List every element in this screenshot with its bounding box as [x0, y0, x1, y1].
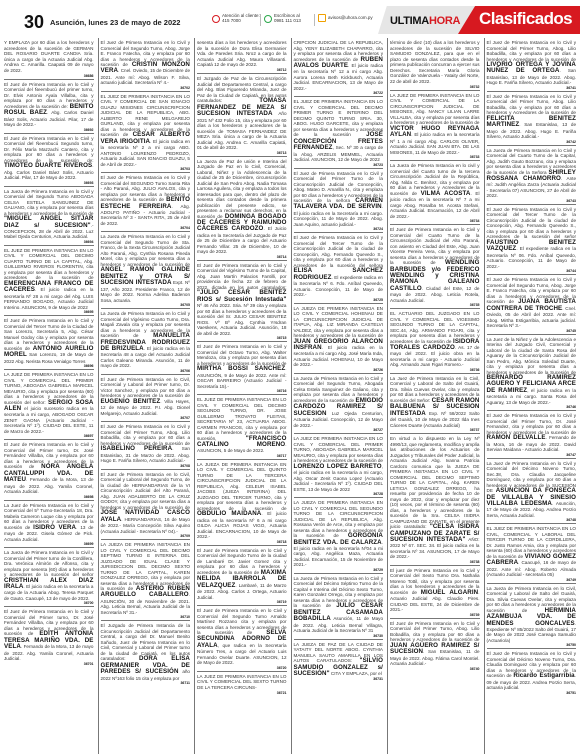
notice-text: sesenta días a los herederos y acreedore…: [197, 40, 287, 67]
notice-code: 36748: [487, 518, 577, 522]
deceased-name: OBDULIO MAIDANA: [197, 510, 261, 517]
legal-notice: La Juez de Primera Instancia en lo Civil…: [390, 373, 480, 433]
divider: [314, 14, 315, 26]
notice-code: 36713: [197, 151, 287, 155]
legal-notice: El Juez de Primera Instancia en lo Civil…: [487, 38, 577, 91]
legal-notice: La Juez de Primera Instancia en lo Civil…: [487, 458, 577, 524]
notice-code: 36742: [487, 140, 577, 144]
page-number: 30: [24, 12, 44, 33]
legal-notice: El Juez de Primera Instancia en lo Civil…: [487, 274, 577, 333]
customer-service-contact: Atención al cliente: 415 7000: [212, 14, 260, 23]
notice-code: 36710: [101, 615, 191, 619]
notice-code: 36749: [487, 578, 577, 582]
legal-notice: El Juez de Primera Instancia en lo Civil…: [294, 232, 384, 302]
page-header: 30 Asunción, lunes 23 de mayo de 2022 At…: [0, 0, 580, 34]
notice-text: término de diez (10) días a los heredero…: [390, 40, 480, 84]
notice-code: 36716: [197, 389, 287, 393]
legal-notice: El Juez de Primera Instancia en lo Civil…: [101, 172, 191, 231]
notice-code: 36699: [4, 542, 94, 546]
section-banner: Clasificados: [458, 6, 580, 34]
notice-code: 36743: [487, 199, 577, 203]
notice-code: 36727: [294, 428, 384, 432]
column-2: El Juez de Primera Instancia en lo Civil…: [98, 38, 193, 754]
legal-notice: La Juez de la Niñez y de la Adolescencia…: [487, 334, 577, 411]
notice-code: 36721: [197, 691, 287, 695]
email-contact: avisos@uhora.com.py: [318, 14, 373, 22]
notice-code: 36702: [101, 86, 191, 90]
legal-notice: El Juez de Primera Instancia en lo Civil…: [197, 341, 287, 394]
legal-notice: El Juez de Primera Instancia en lo Civil…: [4, 315, 94, 369]
notice-code: 36718: [197, 540, 287, 544]
legal-notice: LA JUEZA DE PRIMERA INSTANCIA EN LO CIVI…: [101, 539, 191, 620]
notice-code: 36732: [390, 85, 480, 89]
notice-text: La Jueza de Primera Instancia en lo Civi…: [101, 234, 191, 267]
notice-code: 36740: [390, 667, 480, 671]
divider: [260, 14, 261, 26]
legal-notice: La Jueza de Primera Instancia en lo Civi…: [4, 186, 94, 245]
notice-text: CITA Y EMPLAZA, por el: [330, 671, 382, 676]
notice-code: 36744: [487, 269, 577, 273]
notice-code: 36696: [4, 364, 94, 368]
legal-notice: EL JUEZ DE PRIMERA INSTANCIA EN LO CIVIL…: [101, 91, 191, 172]
legal-notice: El Juez de Primera Instancia en lo Civil…: [197, 260, 287, 341]
notice-code: 36714: [197, 255, 287, 259]
legal-notice: La Jueza de Primera Instancia en lo Civi…: [487, 583, 577, 649]
legal-notice: El juez de Primera Instancia en lo Civil…: [390, 565, 480, 618]
notice-code: 36709: [101, 534, 191, 538]
legal-notice: El Juez de Primera Instancia en lo Civil…: [487, 91, 577, 145]
legal-notice: El Juez de Primera Instancia en lo Civil…: [390, 224, 480, 308]
legal-notice: LA JUEZA DE PRIMERA INSTANCIA EN LO CIVI…: [294, 497, 384, 573]
legal-notice: CRIPCION JUDICIAL DE LA REPUBLICA, Abg. …: [294, 38, 384, 96]
notice-code: 36715: [197, 336, 287, 340]
deceased-name: "JULIO CESAR BENITEZ RIOS s/ Sucesión In…: [197, 289, 287, 302]
notice-code: 36745: [487, 329, 577, 333]
notice-text: El Juez de Primera Instancia en lo Civil…: [294, 235, 384, 268]
notice-text: Año 2021 Nº 432 Folio 15, cita y emplaza…: [197, 111, 287, 150]
notice-code: 36701: [4, 662, 94, 666]
whatsapp-icon: [264, 15, 272, 23]
legal-notice: La Jueza de Primera Instancia en lo Civi…: [294, 573, 384, 639]
legal-notice: En virtud a lo dispuesto en la Ley Nº 49…: [390, 433, 480, 565]
notice-text: El Juez de Primera Instancia en lo Civil…: [101, 377, 191, 399]
legal-notice: El Juez de Primera Instancia en lo Civil…: [101, 421, 191, 468]
notice-code: 36711: [101, 681, 191, 685]
legal-notice: EL JUEZ DE PRIMERA INSTANCIA EN LO CIVIL…: [487, 523, 577, 582]
notice-code: 36708: [101, 464, 191, 468]
notice-code: 36730: [294, 634, 384, 638]
whatsapp-contact: Escríbinos al 0981 111 013: [264, 14, 301, 23]
deceased-name: MIGUEL ALGARIN: [421, 589, 478, 596]
notice-code: 36735: [390, 303, 480, 307]
deceased-name: TIMOTEO DUARTE RIVEROS: [4, 162, 92, 169]
notice-text: LA JUEZ DE PRIMERA INSTANCIA EN LO CIVIL…: [294, 436, 384, 463]
notice-code: 36712: [197, 68, 287, 72]
legal-notice: El Juez de Primera Instancia en lo Civil…: [487, 410, 577, 457]
legal-notice: LA JUEZ DE PRIMERA INSTANCIA EN LO CIVIL…: [197, 671, 287, 696]
legal-notice: La Juez de Primera Instancia en lo Civil…: [4, 500, 94, 547]
notice-code: 36719: [197, 600, 287, 604]
notice-text: El Juez de Primera Instancia en lo Civil…: [487, 207, 577, 240]
notice-code: 36703: [101, 167, 191, 171]
deceased-name: MIRTHA BOSSI SANCHEZ: [197, 365, 285, 372]
mail-icon: [318, 14, 326, 22]
notice-code: 36686: [4, 74, 94, 78]
notice-text: El Juez de Primera Instancia en lo Civil…: [390, 621, 480, 643]
legal-notice: LA JUEZA DE PAZ DE LA CIUDAD DE YATAITY …: [294, 639, 384, 683]
notice-code: 36698: [4, 495, 94, 499]
legal-notice: LA JUEZA DE PRIMERA INSTANCIA EN LO CIVI…: [294, 303, 384, 373]
legal-notice: EL JUEZ DE PRIMERA INSTANCIA EN LO CIVIL…: [294, 96, 384, 167]
legal-notice: El Juez de Primera Instancia en lo Civil…: [197, 605, 287, 671]
legal-notice: La Jueza de Primera Instancia en lo Civi…: [101, 308, 191, 374]
notice-code: 36717: [197, 454, 287, 458]
notice-code: 36720: [197, 666, 287, 670]
notice-code: 36704: [101, 226, 191, 230]
notice-code: 36697: [4, 434, 94, 438]
legal-notice: El Juez de Primera Instancia en lo Civil…: [101, 38, 191, 91]
notice-text: EL JUEZ DE PRIMERA INSTANCIA EN LO CIVIL…: [4, 248, 94, 281]
notice-code: 36693: [4, 181, 94, 185]
notice-code: 36722: [294, 91, 384, 95]
notice-code: 36736: [390, 368, 480, 372]
notice-text: LA JUEZA DE PRIMERA INSTANCIA EN LO CIVI…: [294, 306, 384, 339]
notice-text: En virtud a lo dispuesto en la Ley Nº 49…: [390, 436, 480, 529]
notice-text: El Juez de Primera Instancia en lo Civil…: [101, 424, 191, 446]
deceased-name: ISABELINO PEREIRA: [101, 445, 173, 452]
legal-notice: El Juez de Primera Instancia en lo Civil…: [4, 79, 94, 133]
notice-code: 36725: [294, 298, 384, 302]
deceased-name: ISIDRO VERA: [33, 524, 76, 531]
notice-code: 36746: [487, 405, 577, 409]
legal-notice: La Jueza de Primera Instancia en lo Civi…: [101, 231, 191, 308]
notice-code: 36706: [101, 369, 191, 373]
notice-code: 36695: [4, 310, 94, 314]
legal-notice: EL JUEZ DE PRIMERA INSTANCIA EN LO CIVIL…: [197, 394, 287, 459]
notice-code: 36750: [487, 643, 577, 647]
legal-notice: EL JUEZ DE PRIMERA INSTANCIA EN LO CIVIL…: [4, 245, 94, 315]
legal-notice: LA JUEZA DE PRIMERA INSTANCIA EN LO CIVI…: [197, 459, 287, 545]
legal-notice: EL ACTUARIO DEL JUZGADO EN LO CIVIL Y CO…: [390, 308, 480, 373]
notice-text: La Jueza de Primera Instancia en lo Civi…: [4, 550, 94, 577]
classifieds-columns: Y EMPLAZA por 60 días a los herederos y …: [2, 38, 578, 754]
legal-notice: El Juez de Primera Instancia en lo Civil…: [294, 168, 384, 233]
notice-text: LA JUEZ DE PRIMERA INSTANCIA EN LO CIVIL…: [197, 674, 287, 690]
legal-notice: La Jueza de Primera Instancia en lo Civi…: [4, 547, 94, 606]
legal-notice: La Jueza de Paz de unión e Interina del …: [197, 156, 287, 260]
legal-notice: El Juez de Primera Instancia en lo Civil…: [101, 469, 191, 539]
notice-text: La Juez de la Niñez y de la Adolescencia…: [487, 337, 577, 375]
newspaper-logo: ULTIMAHORA: [390, 15, 460, 27]
notice-code: 36733: [390, 155, 480, 159]
legal-notice: Y EMPLAZA por 60 días a los herederos y …: [4, 38, 94, 79]
notice-code: 36731: [294, 677, 384, 681]
notice-text: El Juez de Primera Instancia en lo Civil…: [487, 40, 577, 62]
notice-text: Y EMPLAZA por 60 días a los herederos y …: [4, 40, 94, 73]
notice-text: El Juez de Primera Instancia en lo Civil…: [4, 136, 94, 163]
notice-text: LA JUEZA DE PRIMERA INSTANCIA EN LO CIVI…: [197, 462, 287, 511]
notice-text: LA JUEZA DE PRIMERA INSTANCIA EN LO CIVI…: [101, 542, 191, 591]
legal-notice: La Jueza de Primera Instancia en lo Civi…: [487, 145, 577, 204]
legal-notice: El Juez de Primera Instancia en lo Civil…: [4, 133, 94, 186]
notice-code: 36707: [101, 416, 191, 420]
notice-code: 36705: [101, 303, 191, 307]
notice-text: La Jueza de Paz de unión e Interina del …: [197, 159, 287, 219]
notice-code: 36692: [4, 128, 94, 132]
notice-text: LA JUEZ DE PRIMERA INSTANCIA EN LO CIVIL…: [390, 93, 480, 126]
legal-notice: El Juez de Primera Instancia en lo Civil…: [197, 545, 287, 605]
column-5: término de diez (10) días a los heredero…: [387, 38, 482, 754]
legal-notice: El Juez de Primera Instancia en lo Civil…: [4, 606, 94, 666]
notice-text: El Juez de Primera Instancia en lo Civil…: [197, 344, 287, 366]
notice-code: 36738: [390, 560, 480, 564]
notice-code: 36726: [294, 368, 384, 372]
legal-notice: El Juez de Primera Instancia en lo Civil…: [4, 439, 94, 499]
legal-notice: La Jueza de Primera Instancia en lo Civi…: [294, 373, 384, 433]
notice-code: 36700: [4, 601, 94, 605]
column-6: El Juez de Primera Instancia en lo Civil…: [484, 38, 579, 754]
notice-text: El Juez de Primera Instancia en lo Civil…: [487, 94, 577, 116]
notice-code: 36734: [390, 219, 480, 223]
deceased-name: "MIGUEL ANGEL SITJAR DIAZ s/ SUCESION": [4, 215, 94, 228]
legal-notice: El Juez de Primera Instancia en lo Civil…: [487, 204, 577, 274]
notice-code: 36729: [294, 568, 384, 572]
legal-notice: LA JUEZ DE PRIMERA INSTANCIA EN LO CIVIL…: [390, 90, 480, 160]
column-1: Y EMPLAZA por 60 días a los herederos y …: [2, 38, 96, 754]
legal-notice: La Jueza de Primera Instancia en lo civi…: [390, 160, 480, 224]
legal-notice: El Juez de Primera Instancia en lo Civil…: [101, 374, 191, 421]
notice-text: El Juez de Primera Instancia en lo Civil…: [487, 413, 577, 435]
legal-notice: término de diez (10) días a los heredero…: [390, 38, 480, 90]
section-title: Clasificados: [479, 9, 572, 29]
legal-notice: El Juzgado de Paz de la Circunscripción …: [197, 73, 287, 155]
deceased-name: LORENZO LOPEZ BARRETO: [294, 463, 382, 470]
legal-notice: LA JUEZ DE PRIMERA INSTANCIA EN LO CIVIL…: [4, 369, 94, 439]
legal-notice: El Juez de Primera Instancia en lo Civil…: [487, 648, 577, 695]
deceased-name: VILMA ACOSTA: [421, 190, 471, 197]
notice-code: 36739: [390, 613, 480, 617]
notice-code: 36751: [487, 691, 577, 695]
column-4: CRIPCION JUDICIAL DE LA REPUBLICA, Abg. …: [291, 38, 386, 754]
publication-date: Asunción, lunes 23 de mayo de 2022: [50, 18, 180, 27]
notice-code: 36747: [487, 453, 577, 457]
notice-text: Nº 46 Año 2022. Sria. Nº 39 cita y empla…: [197, 303, 287, 336]
column-3: sesenta días a los herederos y acreedore…: [194, 38, 289, 754]
deceased-name: RAMON DELVALLE: [487, 434, 546, 441]
notice-code: 36723: [294, 163, 384, 167]
deceased-name: Ricardo Estigarribia: [513, 672, 574, 679]
notice-text: La Jueza de Primera Instancia en lo Civi…: [4, 189, 94, 216]
notice-text: El Juez de Primera Instancia en lo Civil…: [197, 263, 287, 290]
deceased-name: EUGENIO BENITEZ: [101, 398, 161, 405]
legal-notice: LA JUEZ DE PRIMERA INSTANCIA EN LO CIVIL…: [294, 433, 384, 497]
legal-notice: El Juzgado de Primera Instancia de la Ci…: [101, 620, 191, 686]
notice-text: El Juez de Primera Instancia en lo Civil…: [101, 472, 191, 510]
notice-code: 36737: [390, 428, 480, 432]
notice-code: 36728: [294, 492, 384, 496]
legal-notice: sesenta días a los herederos y acreedore…: [197, 38, 287, 73]
notice-code: 36741: [487, 86, 577, 90]
notice-code: 36724: [294, 227, 384, 231]
notice-code: 36694: [4, 240, 94, 244]
phone-icon: [212, 15, 220, 23]
legal-notice: El Juez de Primera Instancia en lo Civil…: [390, 618, 480, 672]
